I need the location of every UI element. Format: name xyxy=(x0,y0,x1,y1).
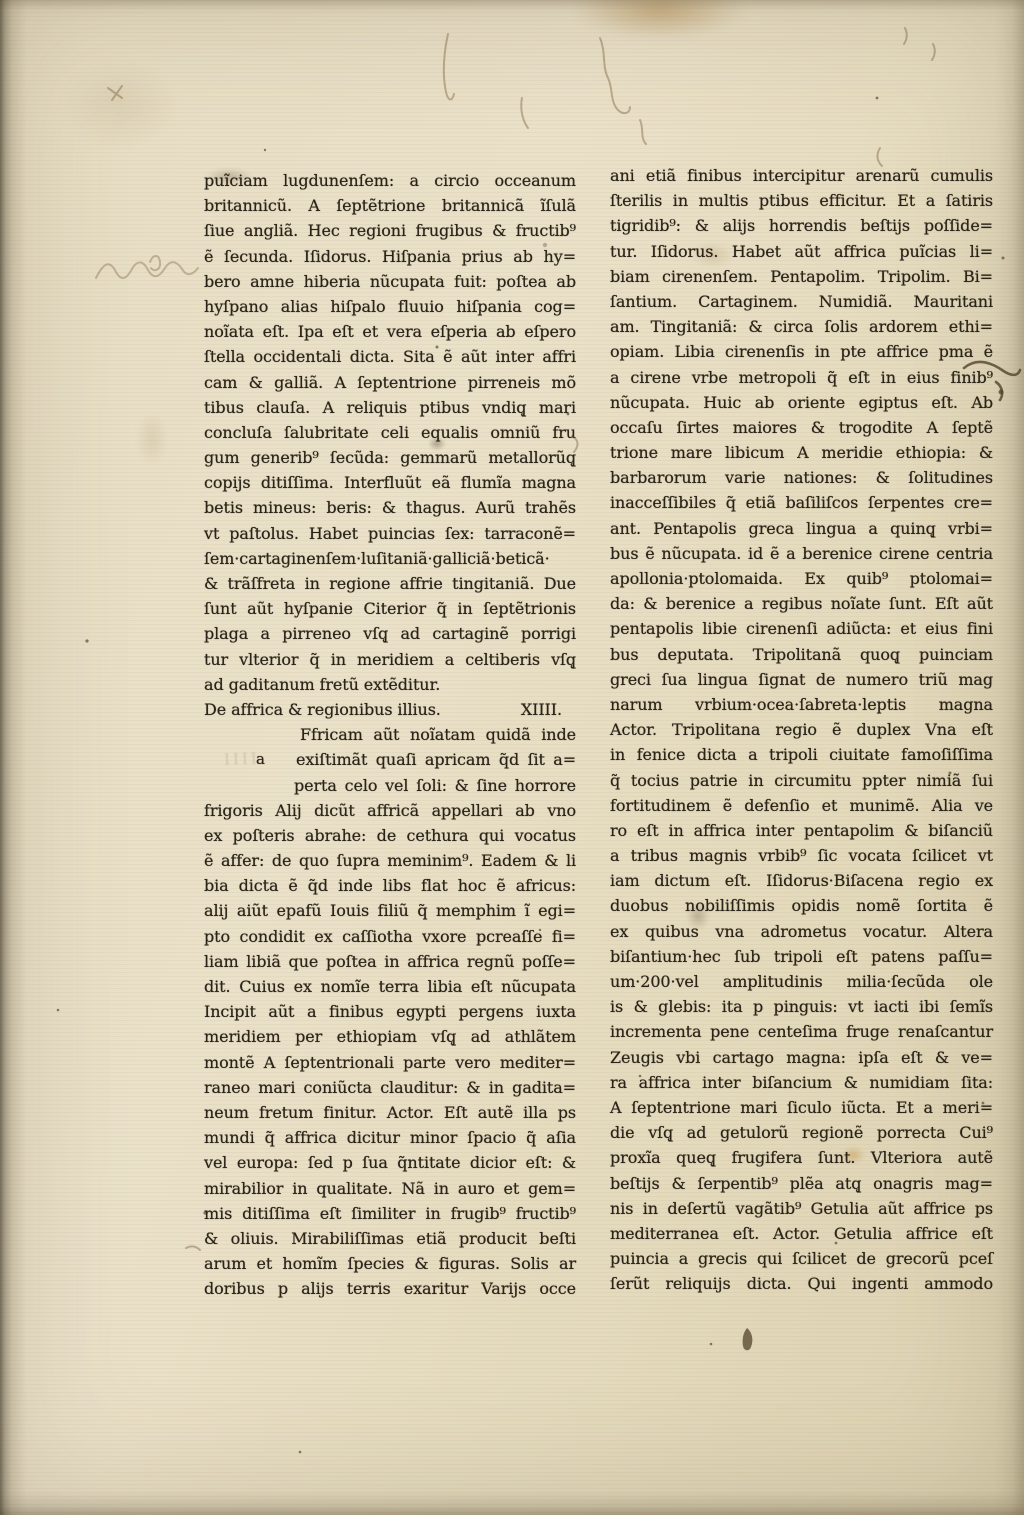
top-edge-stain xyxy=(572,0,748,40)
chapter-opening: Ffricam aũt noĩatam quidã indeaexiſtimãt… xyxy=(204,722,576,798)
text-line: alij aiũt epafũ Iouis filiũ q̃ memphim ĩ… xyxy=(204,898,576,923)
text-line: cam & galliã. A ſeptentrione pirreneis m… xyxy=(204,370,576,395)
pen-squiggle xyxy=(640,120,646,144)
text-line: bero amne hiberia nũcupata fuit: poſtea … xyxy=(204,269,576,294)
text-line: arum et homĩm ſpecies & figuras. Solis a… xyxy=(204,1251,576,1276)
text-line: iam dictum eſt. Iſidorus·Biſacena regio … xyxy=(610,868,993,893)
text-line: ſiue angliã. Hec regioni frugibus & fruc… xyxy=(204,218,576,243)
text-line: trione mare libicum A meridie ethiopia: … xyxy=(610,440,993,465)
text-line: doribus p alijs terris exaritur Varijs o… xyxy=(204,1276,576,1301)
paragraph-africa: frigoris Alij dicũt affricã appellari ab… xyxy=(204,798,576,1302)
ink-drip xyxy=(743,1328,753,1350)
text-line: nũcupata. Huic ab oriente egiptus eſt. A… xyxy=(610,390,993,415)
text-line: noĩata eſt. Ipa eſt et vera eſperia ab e… xyxy=(204,319,576,344)
text-line: ẽ ſecunda. Iſidorus. Hiſpania prius ab h… xyxy=(204,244,576,269)
text-line: tur. Iſidorus. Habet aũt affrica puĩcias… xyxy=(610,239,993,264)
text-line: nis in deſertũ vagãtib⁹ Getulia aũt affr… xyxy=(610,1196,993,1221)
text-line: liam libiã que poſtea in affrica regnũ p… xyxy=(204,949,576,974)
text-line: raneo mari coniũcta clauditur: & in gadi… xyxy=(204,1075,576,1100)
text-line: biſantium·hec ſub tripoli eſt patens paſ… xyxy=(610,944,993,969)
text-line: incrementa pene centeſima fruge renaſcan… xyxy=(610,1019,993,1044)
pen-squiggle xyxy=(521,98,528,128)
text-line: um·200·vel amplitudinis milia·ſecũda ole xyxy=(610,969,993,994)
text-line: ra affrica inter biſancium & numidiam ſi… xyxy=(610,1070,993,1095)
text-line: concluſa ſalubritate celi equalis omniũ … xyxy=(204,420,576,445)
text-line: vt paſtolus. Habet puincias ſex: tarraco… xyxy=(204,521,576,546)
initial-guide-letter: a xyxy=(256,747,265,772)
pen-mark xyxy=(904,28,907,44)
marginal-handwriting xyxy=(96,256,198,278)
text-line: ſerũt reliquijs dicta. Qui ingenti ammod… xyxy=(610,1271,993,1296)
text-line: aexiſtimãt quaſi apricam q̃d ſit a= xyxy=(204,747,576,772)
text-line: ex poſteris abrahe: de cethura qui vocat… xyxy=(204,823,576,848)
text-line: bus ẽ nũcupata. id ẽ a berenice cirene c… xyxy=(610,541,993,566)
text-line: dit. Cuius ex nomĩe terra libia eſt nũcu… xyxy=(204,974,576,999)
text-line: biam cirenenſem. Pentapolim. Tripolim. B… xyxy=(610,264,993,289)
text-line: ani etiã finibus intercipitur arenarũ cu… xyxy=(610,163,993,188)
paragraph-hispania: puĩciam lugdunenſem: a circio occeanumbr… xyxy=(204,168,576,697)
text-line: mis ditiſſima eſt ſimiliter in frugib⁹ f… xyxy=(204,1201,576,1226)
text-line: bia dicta ẽ q̃d inde libs flat hoc ẽ afr… xyxy=(204,873,576,898)
text-line: A ſeptentrione mari ſiculo iũcta. Et a m… xyxy=(610,1095,993,1120)
text-line: a cirene vrbe metropoli q̃ eſt in eius f… xyxy=(610,365,993,390)
left-column: puĩciam lugdunenſem: a circio occeanumbr… xyxy=(204,168,576,1301)
text-line: fortitudinem ẽ defenſio et munimẽ. Alia … xyxy=(610,793,993,818)
text-line: in fenice dicta a tripoli ciuitate famoſ… xyxy=(610,742,993,767)
text-line: Actor. Tripolitana regio ẽ duplex Vna eſ… xyxy=(610,717,993,742)
ink-blob xyxy=(999,390,1004,395)
text-line: puincia a grecis qui ſcilicet de grecorũ… xyxy=(610,1246,993,1271)
text-line: apollonia·ptolomaida. Ex quib⁹ ptolomai= xyxy=(610,566,993,591)
pen-mark xyxy=(932,44,935,60)
text-line: tur vlterior q̃ in meridiem a celtiberis… xyxy=(204,647,576,672)
text-line: & oliuis. Mirabiliſſimas etiã producit b… xyxy=(204,1226,576,1251)
text-line: duobus nobiliſſimis opidis nomẽ ſortita … xyxy=(610,893,993,918)
text-line: greci ſua lingua ſignat de numero triũ m… xyxy=(610,667,993,692)
x-mark xyxy=(108,86,122,100)
text-line: hyſpano alias hiſpalo fluuio hiſpania co… xyxy=(204,294,576,319)
text-line: q̃ tocius patrie in circumitu ppter nimi… xyxy=(610,768,993,793)
text-line: ex quibus vna adrometus vocatur. Altera xyxy=(610,919,993,944)
text-line: montẽ A ſeptentrionali parte vero medite… xyxy=(204,1050,576,1075)
text-line: inacceſſibiles q̃ etiã baſiliſcos ſerpen… xyxy=(610,490,993,515)
text-line: proxĩa queq̨ frugifera ſunt. Vlteriora a… xyxy=(610,1145,993,1170)
chapter-numeral: XIIII. xyxy=(521,697,562,722)
pen-squiggle xyxy=(444,34,454,99)
chapter-title: De affrica & regionibus illius. xyxy=(204,697,441,722)
chapter-heading: De affrica & regionibus illius. XIIII. xyxy=(204,697,576,722)
text-line: frigoris Alij dicũt affricã appellari ab… xyxy=(204,798,576,823)
text-line: ſterilis in multis ptibus efficitur. Et … xyxy=(610,188,993,213)
text-line: ẽ affer: de quo ſupra meminim⁹. Eadem & … xyxy=(204,848,576,873)
book-page: IIII puĩciam lugdunenſem: a circio occea… xyxy=(0,0,1024,1515)
text-line: puĩciam lugdunenſem: a circio occeanum xyxy=(204,168,576,193)
text-line: tigridib⁹: & alijs horrendis beſtijs poſ… xyxy=(610,213,993,238)
text-line: betis mineus: beris: & thagus. Aurũ trah… xyxy=(204,495,576,520)
text-line: pto condidit ex caſſiotha vxore pcreaſſe… xyxy=(204,924,576,949)
text-line: plaga a pirreneo vſq̨ ad cartaginẽ porri… xyxy=(204,621,576,646)
text-line: tibus clauſa. A reliquis ptibus vndiq̨ m… xyxy=(204,395,576,420)
text-line: britannicũ. A ſeptẽtrione britannicã ĩſu… xyxy=(204,193,576,218)
text-line: is & glebis: ita p pinguis: vt iacti ibi… xyxy=(610,994,993,1019)
text-line: opiam. Libia cirenenſis in pte affrice p… xyxy=(610,339,993,364)
text-line: mirabilior in qualitate. Nã in auro et g… xyxy=(204,1176,576,1201)
text-line: die vſq̨ ad getulorũ regionẽ porrecta Cu… xyxy=(610,1120,993,1145)
text-line: & trãſfreta in regione affrie tingitaniã… xyxy=(204,571,576,596)
pen-squiggle xyxy=(600,38,630,113)
text-line: ro eſt in affrica inter pentapolim & biſ… xyxy=(610,818,993,843)
text-line: bus deputata. Tripolitanã quoq̨ puinciam xyxy=(610,642,993,667)
text-line: barbarorum varie nationes: & ſolitudines xyxy=(610,465,993,490)
right-column-text: ani etiã finibus intercipitur arenarũ cu… xyxy=(610,163,993,1296)
text-line: da: & berenice a regibus noĩate ſunt. Eſ… xyxy=(610,591,993,616)
text-line: gum generib⁹ ſecũda: gemmarũ metallorũq̨ xyxy=(204,445,576,470)
text-line: mundi q̃ affrica dicitur minor ſpacio q̃… xyxy=(204,1125,576,1150)
text-line: Incipit aũt a finibus egypti pergens iux… xyxy=(204,999,576,1024)
text-line: vel europa: ſed p ſua q̃ntitate dicior e… xyxy=(204,1150,576,1175)
text-line: narum vrbium·ocea·ſabreta·leptis magna xyxy=(610,692,993,717)
pen-mark xyxy=(186,1246,200,1250)
text-line: neum fretum finitur. Actor. Eſt autẽ ill… xyxy=(204,1100,576,1125)
text-line: copijs ditiſſima. Interfluũt eã flumĩa m… xyxy=(204,470,576,495)
paper-mottle xyxy=(60,60,180,150)
text-line: Ffricam aũt noĩatam quidã inde xyxy=(204,722,576,747)
right-column: ani etiã finibus intercipitur arenarũ cu… xyxy=(610,163,993,1296)
text-line: perta celo vel ſoli: & ſine horrore xyxy=(204,773,576,798)
text-line: pentapolis libie cirenenſi adiũcta: et e… xyxy=(610,616,993,641)
text-line: Zeugis vbi cartago magna: ipſa eſt & ve= xyxy=(610,1045,993,1070)
text-line: ſtella occidentali dicta. Sita ẽ aũt int… xyxy=(204,344,576,369)
text-line: ad gaditanum fretũ extẽditur. xyxy=(204,672,576,697)
text-line: ant. Pentapolis greca lingua a quinq̨ vr… xyxy=(610,516,993,541)
text-line: mediterranea eſt. Actor. Getulia affrice… xyxy=(610,1221,993,1246)
text-line: am. Tingitaniã: & circa ſolis ardorem et… xyxy=(610,314,993,339)
text-line: occaſu ſirtes maiores & trogodite A ſept… xyxy=(610,415,993,440)
text-line: meridiem per ethiopiam vſq̨ ad athlãtem xyxy=(204,1024,576,1049)
text-line: a tribus magnis vrbib⁹ ſic vocata ſcilic… xyxy=(610,843,993,868)
margin-stain xyxy=(136,412,168,466)
text-line: beſtijs & ſerpentib⁹ plẽa atq̨ onagris m… xyxy=(610,1171,993,1196)
text-line: ſem·cartaginenſem·luſitaniã·galliciã·bet… xyxy=(204,546,576,571)
text-line: ſantium. Cartaginem. Numidiã. Mauritani xyxy=(610,289,993,314)
text-line: ſunt aũt hyſpanie Citerior q̃ in ſeptẽtr… xyxy=(204,596,576,621)
